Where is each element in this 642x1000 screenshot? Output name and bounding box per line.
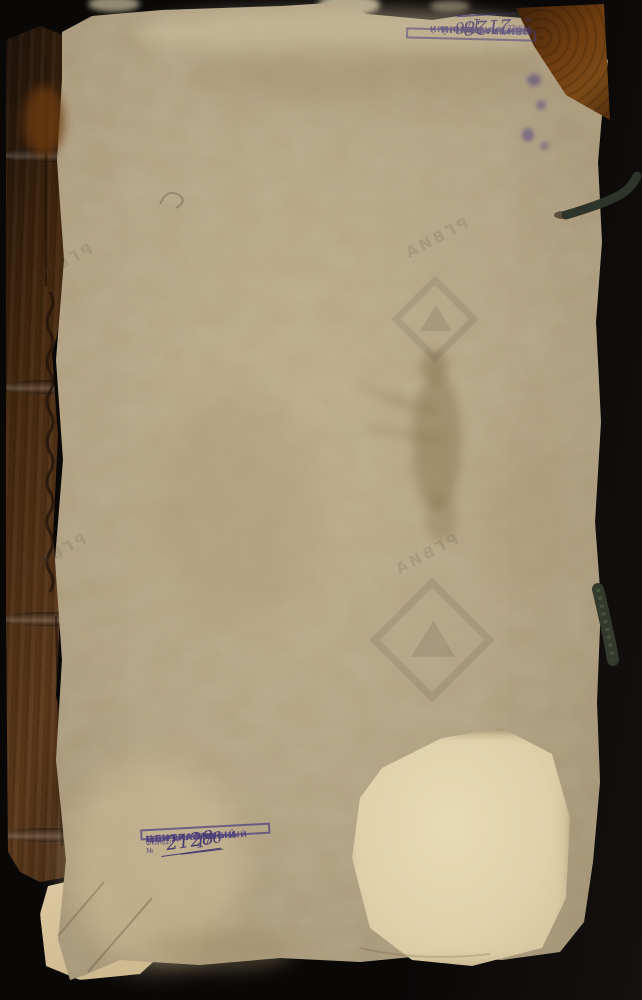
watermark-logo-inner [420,305,452,331]
ghost-stain-part [413,377,461,509]
frayed-paper-tuft [430,0,470,12]
ink-smudge [527,74,541,86]
ink-smudge [522,128,534,142]
frayed-paper-tuft [88,0,140,12]
ghost-figure-offset-stain [355,335,505,545]
watermark-logo-inner [411,621,455,657]
opis-label: ОПИСЬ № [506,15,532,32]
opis-label: ОПИСЬ № [146,838,173,855]
handwritten-delo-number: 76 [454,17,476,38]
ink-smudge [536,100,546,110]
ink-smudge [540,142,549,150]
scanned-book-cover-photo: РГВИАРГВИА РГВИАРГВИА РГВИАРГВИА РГВИАРГ… [0,0,642,1000]
